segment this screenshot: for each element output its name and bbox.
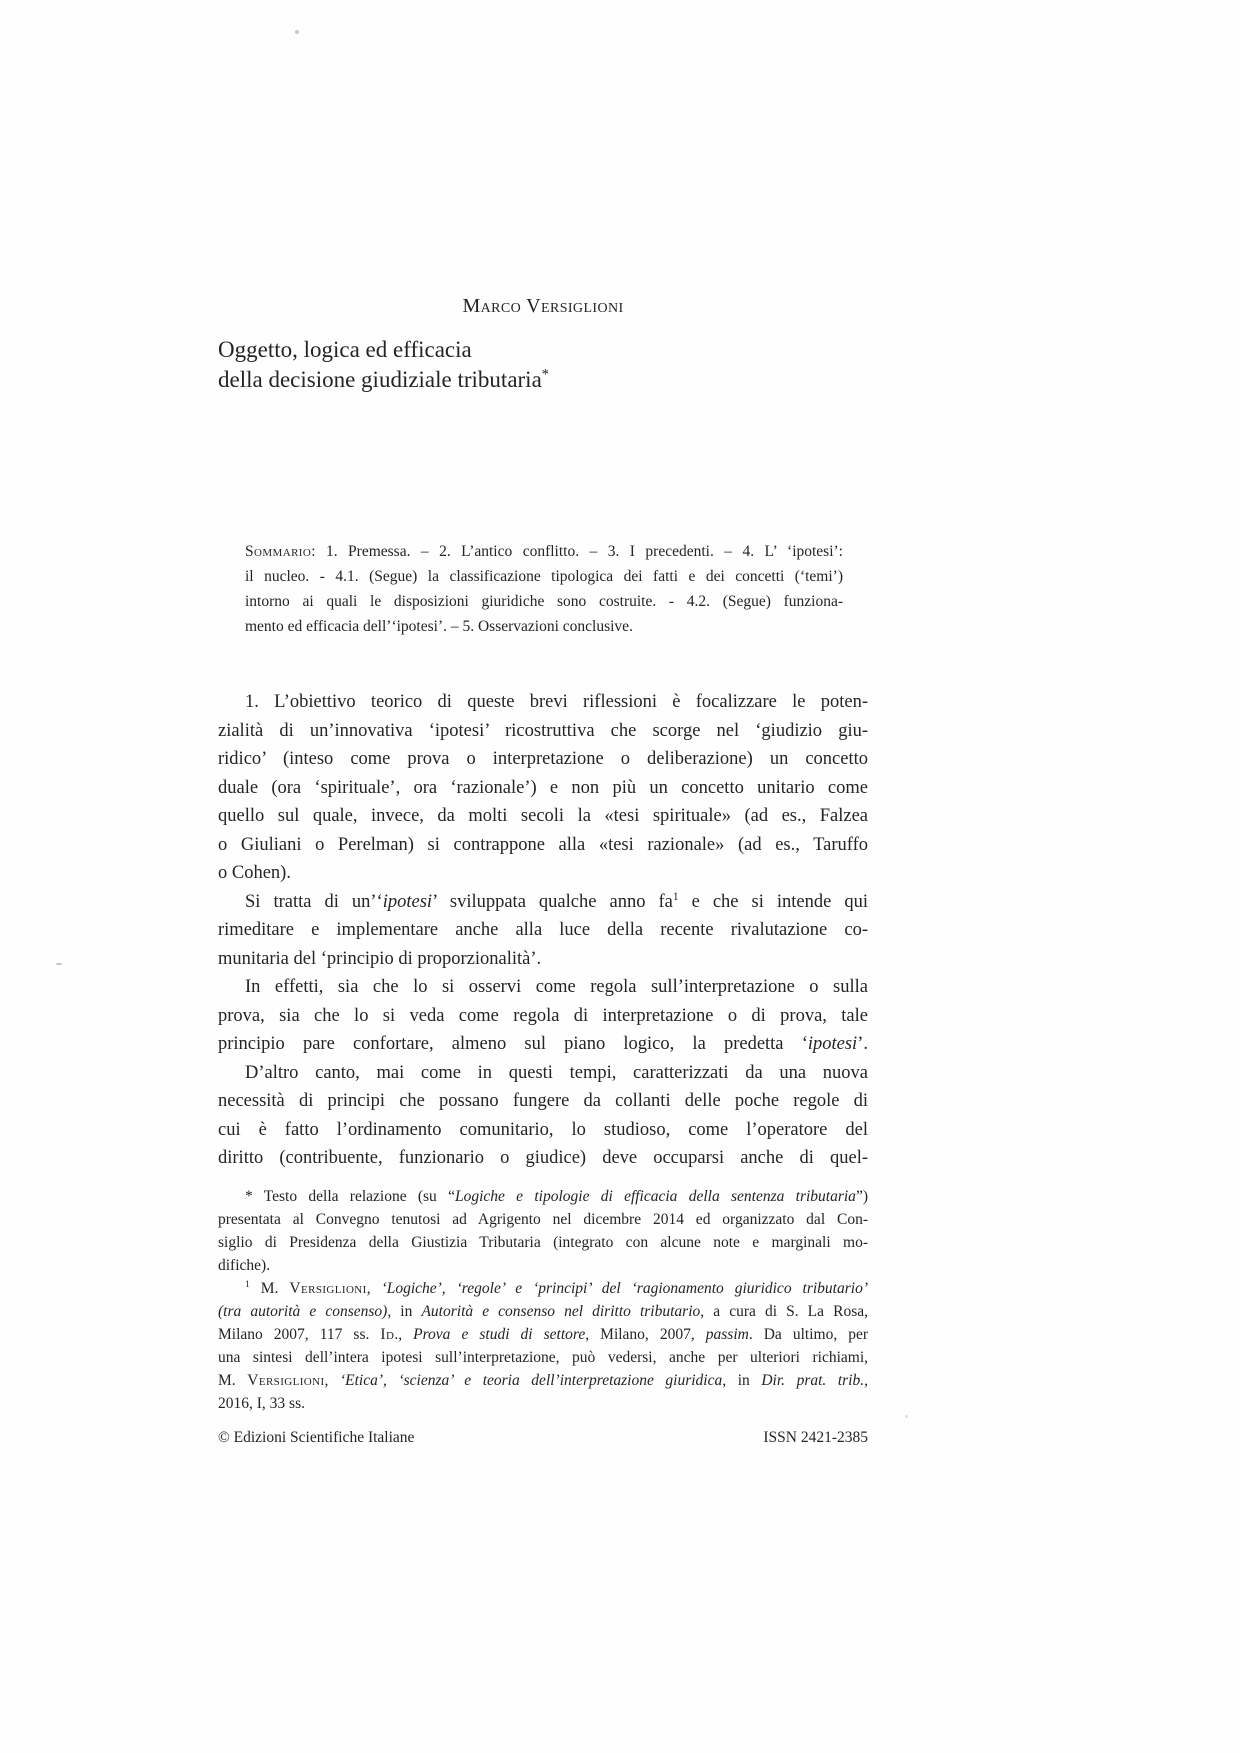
text-line: prova, sia che lo si veda come regola di… <box>218 1002 868 1031</box>
text-line: mento ed efficacia dell’‘ipotesi’. – 5. … <box>245 614 843 639</box>
text-line: il nucleo. - 4.1. (Segue) la classificaz… <box>245 564 843 589</box>
paragraph: 1 M. Versiglioni, ‘Logiche’, ‘regole’ e … <box>218 1277 868 1415</box>
article-title: Oggetto, logica ed efficaciadella decisi… <box>218 335 868 395</box>
text-line: presentata al Convegno tenutosi ad Agrig… <box>218 1208 868 1231</box>
text-line: duale (ora ‘spirituale’, ora ‘razionale’… <box>218 774 868 803</box>
scan-artifact <box>56 963 62 965</box>
publisher-credit: © Edizioni Scientifiche Italiane <box>218 1428 414 1448</box>
footnotes-block: * Testo della relazione (su “Logiche e t… <box>218 1185 868 1415</box>
paragraph: D’altro canto, mai come in questi tempi,… <box>218 1059 868 1173</box>
text-line: 1 M. Versiglioni, ‘Logiche’, ‘regole’ e … <box>218 1277 868 1300</box>
text-line: In effetti, sia che lo si osservi come r… <box>218 973 868 1002</box>
text-line: (tra autorità e consenso), in Autorità e… <box>218 1300 868 1323</box>
text-line: Milano 2007, 117 ss. Id., Prova e studi … <box>218 1323 868 1346</box>
text-line: principio pare confortare, almeno sul pi… <box>218 1030 868 1059</box>
text-line: ridico’ (inteso come prova o interpretaz… <box>218 745 868 774</box>
text-line: 1. L’obiettivo teorico di queste brevi r… <box>218 688 868 717</box>
text-line: 2016, I, 33 ss. <box>218 1392 868 1415</box>
article-body: 1. L’obiettivo teorico di queste brevi r… <box>218 688 868 1173</box>
paragraph: 1. L’obiettivo teorico di queste brevi r… <box>218 688 868 888</box>
summary-block: Sommario: 1. Premessa. – 2. L’antico con… <box>245 539 843 639</box>
text-line: necessità di principi che possano funger… <box>218 1087 868 1116</box>
text-line: della decisione giudiziale tributaria* <box>218 365 868 395</box>
author-name: Marco Versiglioni <box>218 294 868 318</box>
text-line: Si tratta di un’‘ipotesi’ sviluppata qua… <box>218 888 868 917</box>
scan-artifact <box>905 1415 908 1418</box>
text-line: difiche). <box>218 1254 868 1277</box>
issn-number: ISSN 2421-2385 <box>763 1428 868 1448</box>
text-line: M. Versiglioni, ‘Etica’, ‘scienza’ e teo… <box>218 1369 868 1392</box>
text-line: munitaria del ‘principio di proporzional… <box>218 945 868 974</box>
document-page: Marco Versiglioni Oggetto, logica ed eff… <box>0 0 1240 1753</box>
paragraph: In effetti, sia che lo si osservi come r… <box>218 973 868 1059</box>
paragraph: * Testo della relazione (su “Logiche e t… <box>218 1185 868 1277</box>
text-line: quello sul quale, invece, da molti secol… <box>218 802 868 831</box>
text-line: D’altro canto, mai come in questi tempi,… <box>218 1059 868 1088</box>
text-line: * Testo della relazione (su “Logiche e t… <box>218 1185 868 1208</box>
text-line: o Giuliani o Perelman) si contrappone al… <box>218 831 868 860</box>
text-line: intorno ai quali le disposizioni giuridi… <box>245 589 843 614</box>
text-line: o Cohen). <box>218 859 868 888</box>
scan-artifact <box>295 30 299 34</box>
paragraph: Si tratta di un’‘ipotesi’ sviluppata qua… <box>218 888 868 974</box>
text-line: cui è fatto l’ordinamento comunitario, l… <box>218 1116 868 1145</box>
text-line: rimeditare e implementare anche alla luc… <box>218 916 868 945</box>
page-footer: © Edizioni Scientifiche Italiane ISSN 24… <box>218 1428 868 1448</box>
text-line: Oggetto, logica ed efficacia <box>218 335 868 365</box>
text-line: zialità di un’innovativa ‘ipotesi’ ricos… <box>218 717 868 746</box>
text-line: Sommario: 1. Premessa. – 2. L’antico con… <box>245 539 843 564</box>
text-line: siglio di Presidenza della Giustizia Tri… <box>218 1231 868 1254</box>
text-line: una sintesi dell’intera ipotesi sull’int… <box>218 1346 868 1369</box>
text-line: diritto (contribuente, funzionario o giu… <box>218 1144 868 1173</box>
